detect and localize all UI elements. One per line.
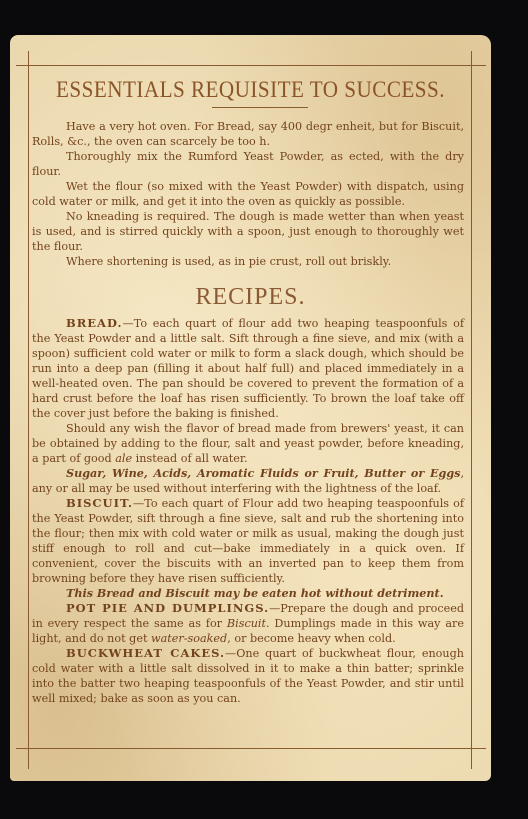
bread-note: Sugar, Wine, Acids, Aromatic Fluids or F…	[32, 466, 464, 496]
note-emphasis: ale	[115, 452, 132, 465]
recipe-buckwheat: BUCKWHEAT CAKES.—One quart of buckwheat …	[32, 646, 464, 706]
recipe-emphasis: water-soaked	[151, 632, 227, 645]
intro-paragraph: No kneading is required. The dough is ma…	[32, 209, 464, 254]
top-border-rule	[16, 65, 486, 66]
intro-paragraph: Thoroughly mix the Rumford Yeast Powder,…	[32, 149, 464, 179]
recipe-bread: BREAD.—To each quart of flour add two he…	[32, 316, 464, 421]
recipe-biscuit: BISCUIT.—To each quart of Flour add two …	[32, 496, 464, 586]
recipe-title: BUCKWHEAT CAKES.	[66, 646, 225, 660]
left-border-rule	[28, 51, 29, 769]
right-border-rule	[471, 51, 472, 769]
recipe-emphasis: Biscuit	[227, 617, 266, 630]
intro-paragraph: Have a very hot oven. For Bread, say 400…	[32, 119, 464, 149]
recipe-pot-pie: POT PIE AND DUMPLINGS.—Prepare the dough…	[32, 601, 464, 646]
biscuit-note: This Bread and Biscuit may be eaten hot …	[32, 586, 464, 601]
bottom-border-rule	[16, 748, 486, 749]
note-text: Should any wish the flavor of bread made…	[32, 422, 464, 465]
recipe-title: POT PIE AND DUMPLINGS.	[66, 601, 269, 615]
recipe-title: BREAD.	[66, 316, 123, 330]
recipe-title: BISCUIT.	[66, 496, 133, 510]
intro-paragraph: Where shortening is used, as in pie crus…	[32, 254, 464, 269]
recipe-card: ESSENTIALS REQUISITE TO SUCCESS. Have a …	[10, 35, 491, 781]
section-heading-recipes: RECIPES.	[10, 284, 491, 311]
title-divider	[212, 107, 308, 108]
intro-paragraph: Wet the flour (so mixed with the Yeast P…	[32, 179, 464, 209]
recipe-text: , or become heavy when cold.	[227, 632, 395, 645]
recipe-text: —To each quart of Flour add two heaping …	[32, 497, 464, 585]
note-text: instead of all water.	[132, 452, 247, 465]
bread-note: Should any wish the flavor of bread made…	[32, 421, 464, 466]
note-emphasis: Sugar, Wine, Acids, Aromatic Fluids or F…	[66, 466, 460, 480]
page-title: ESSENTIALS REQUISITE TO SUCCESS.	[29, 77, 472, 103]
intro-section: Have a very hot oven. For Bread, say 400…	[32, 119, 464, 269]
recipe-text: —To each quart of flour add two heaping …	[32, 317, 464, 420]
recipes-section: BREAD.—To each quart of flour add two he…	[32, 316, 464, 706]
